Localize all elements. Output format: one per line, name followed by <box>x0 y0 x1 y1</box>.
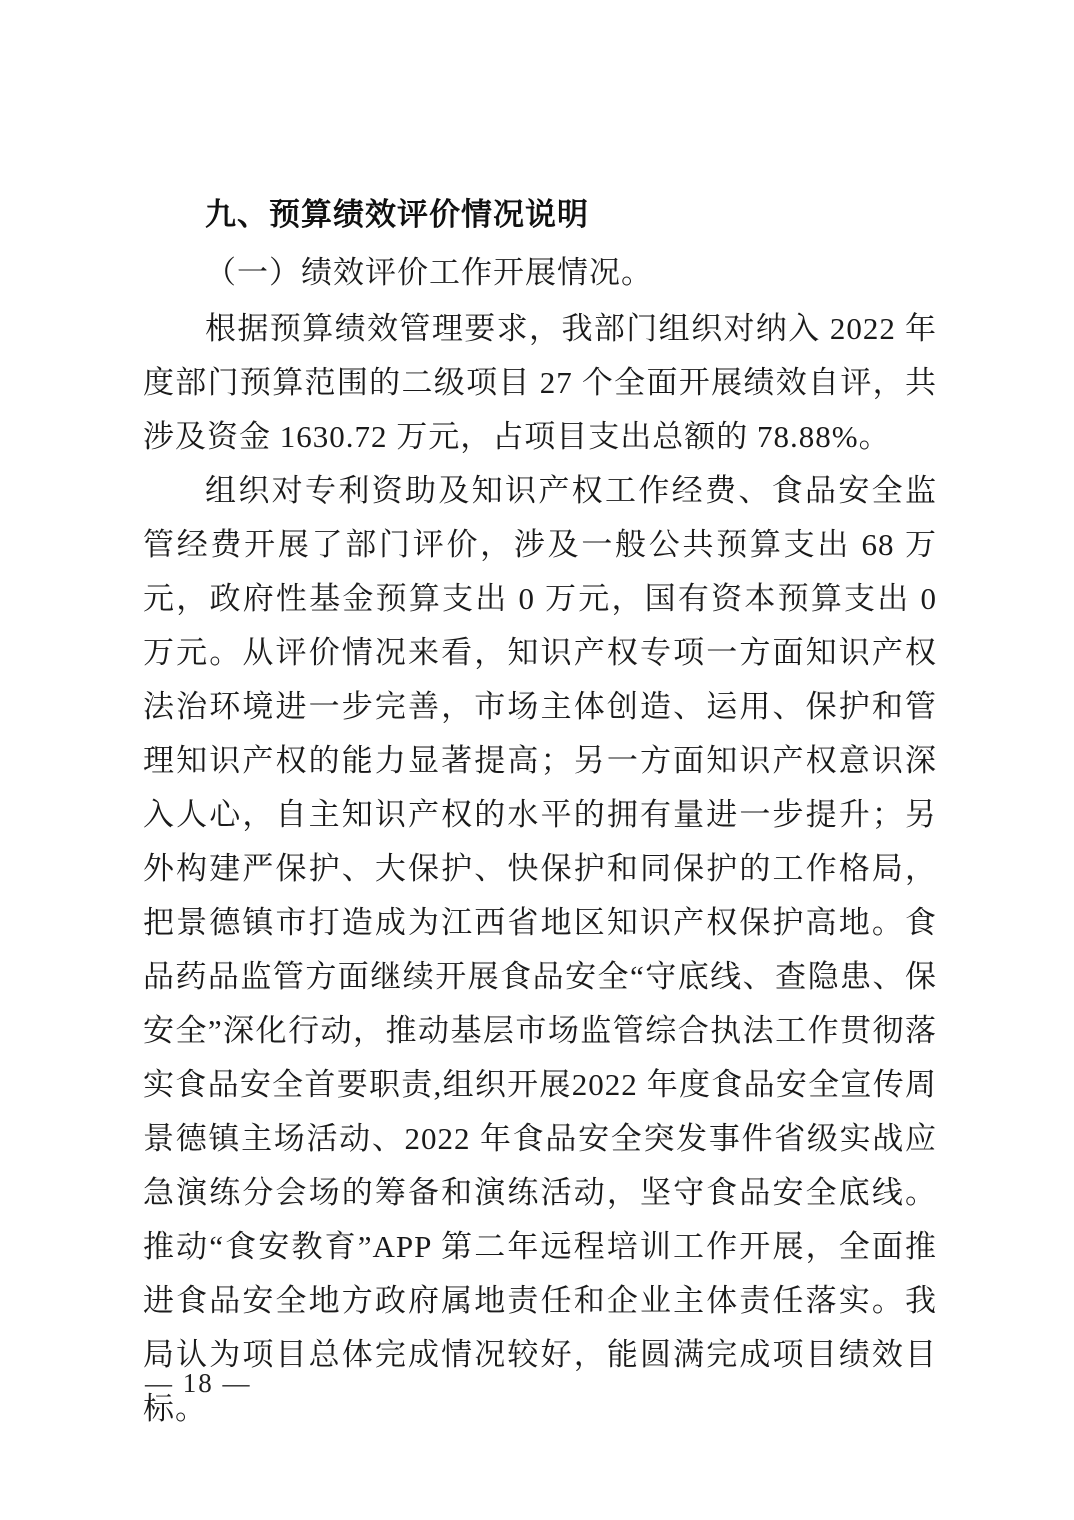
section-heading: 九、预算绩效评价情况说明 <box>143 186 937 244</box>
document-body: 九、预算绩效评价情况说明 （一）绩效评价工作开展情况。 根据预算绩效管理要求，我… <box>143 186 937 1436</box>
document-page: 九、预算绩效评价情况说明 （一）绩效评价工作开展情况。 根据预算绩效管理要求，我… <box>0 0 1074 1520</box>
subsection-heading: （一）绩效评价工作开展情况。 <box>143 244 937 302</box>
page-number: — 18 — <box>145 1368 252 1399</box>
paragraph-list: 根据预算绩效管理要求，我部门组织对纳入 2022 年度部门预算范围的二级项目 2… <box>143 302 937 1436</box>
body-paragraph: 根据预算绩效管理要求，我部门组织对纳入 2022 年度部门预算范围的二级项目 2… <box>143 302 937 464</box>
body-paragraph: 组织对专利资助及知识产权工作经费、食品安全监管经费开展了部门评价，涉及一般公共预… <box>143 464 937 1436</box>
